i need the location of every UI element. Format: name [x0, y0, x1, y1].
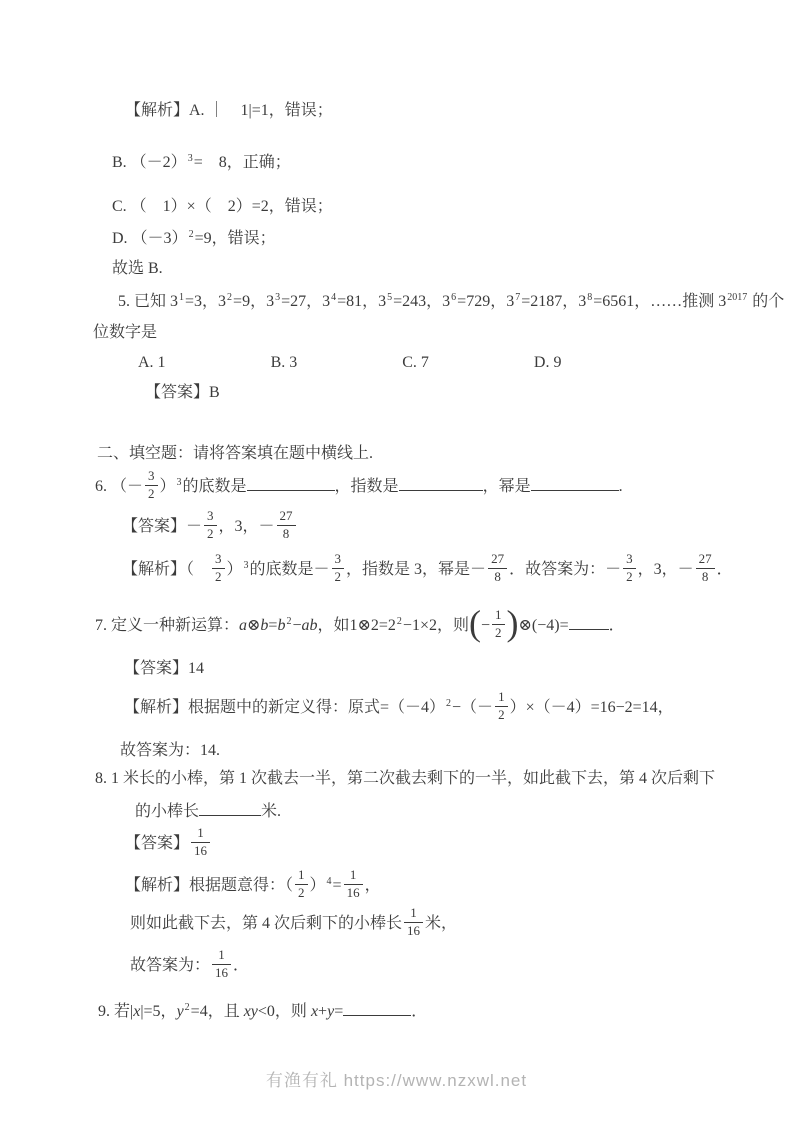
fraction-denominator: 2 [204, 526, 217, 542]
text-segment: ，指数是 3，幂是－ [346, 561, 486, 578]
question-6-analysis: 【解析】（ 32）3的底数是－32，指数是 3，幂是－278．故答案为：－32，… [122, 554, 733, 587]
text-segment: ⊗ [247, 617, 260, 634]
question-5-text-line1: 5. 已知 31=3，32=9，33=27，34=81，35=243，36=72… [118, 291, 784, 313]
text-segment: 【答案】－ [122, 518, 202, 535]
fraction-numerator: 27 [696, 552, 715, 569]
text-segment: A. 1 [138, 354, 166, 371]
text-segment: C. 7 [402, 354, 429, 371]
text-segment: = 8，正确； [194, 154, 291, 171]
text-segment: 5. 已知 3 [118, 293, 178, 310]
exponent: 6 [451, 292, 456, 303]
option-spacer [166, 366, 271, 367]
text-segment: ） [310, 877, 326, 894]
text-segment: C. （ 1）×（ 2）=2，错误； [112, 198, 333, 215]
option-spacer [429, 366, 534, 367]
text-segment: =3，3 [185, 293, 226, 310]
analysis-q4-option-b: B. （－2）3= 8，正确； [112, 152, 291, 174]
fraction: 278 [696, 552, 715, 585]
exponent: 2 [286, 616, 291, 627]
text-segment: =6561，……推测 3 [593, 293, 726, 310]
fraction: 12 [492, 608, 505, 641]
text-segment: ．故答案为：－ [509, 561, 621, 578]
fraction-numerator: 3 [623, 552, 636, 569]
text-segment: 位数字是 [93, 324, 157, 341]
text-segment: 【答案】B [145, 384, 220, 401]
question-5-answer: 【答案】B [145, 382, 220, 404]
text-segment: 米. [261, 803, 281, 820]
text-segment: −1×2，则 [403, 617, 469, 634]
text-segment: =27，3 [281, 293, 330, 310]
text-segment: 的底数是 [183, 478, 247, 495]
fraction: 32 [623, 552, 636, 585]
text-segment: 9. 若| [98, 1003, 133, 1020]
exponent: 8 [587, 292, 592, 303]
fraction-numerator: 3 [332, 552, 345, 569]
text-segment: B. 3 [271, 354, 298, 371]
question-7-conclusion: 故答案为：14. [120, 740, 220, 762]
fraction-denominator: 2 [495, 707, 508, 723]
fraction-numerator: 1 [212, 948, 231, 965]
text-segment: D. （－3） [112, 230, 188, 247]
text-segment: = [333, 877, 342, 894]
math-variable: x [311, 1003, 318, 1020]
fraction-numerator: 3 [145, 469, 158, 486]
exponent: 2 [446, 698, 451, 709]
text-segment: ⊗(−4)= [519, 617, 569, 634]
text-segment: 二、填空题：请将答案填在题中横线上. [97, 445, 373, 462]
exponent: 2 [227, 292, 232, 303]
fraction-denominator: 16 [212, 965, 231, 981]
question-7-analysis: 【解析】根据题中的新定义得：原式=（－4）2−（－12）×（－4）=16−2=1… [124, 692, 674, 725]
math-variable: y [177, 1003, 184, 1020]
text-segment: 【答案】 [125, 835, 189, 852]
question-6-answer: 【答案】－32，3，－278 [122, 511, 298, 544]
text-segment: . [619, 478, 623, 495]
fraction-numerator: 1 [404, 906, 423, 923]
fraction: 278 [488, 552, 507, 585]
exponent: 3 [177, 477, 182, 488]
fraction-numerator: 1 [344, 868, 363, 885]
text-segment: 则如此截下去，第 4 次后剩下的小棒长 [130, 915, 402, 932]
question-9-text: 9. 若|x|=5，y2=4，且 xy<0，则 x+y=． [98, 1000, 427, 1023]
page-footer-watermark: 有渔有礼 https://www.nzxwl.net [0, 1066, 793, 1091]
exponent: 3 [244, 560, 249, 571]
text-segment: <0，则 [258, 1003, 311, 1020]
text-segment: = [334, 1003, 343, 1020]
section-2-heading: 二、填空题：请将答案填在题中横线上. [97, 443, 373, 465]
answer-blank-underline [199, 800, 261, 816]
text-segment: =9，错误； [195, 230, 276, 247]
text-segment: + [318, 1003, 327, 1020]
question-6-text: 6. （－32）3的底数是，指数是，幂是. [95, 471, 623, 504]
question-5-text-line2: 位数字是 [93, 322, 157, 344]
fraction-denominator: 8 [488, 569, 507, 585]
fraction-numerator: 1 [191, 826, 210, 843]
fraction-numerator: 1 [295, 868, 308, 885]
text-segment: 【解析】A. ｜ 1|=1，错误； [125, 102, 333, 119]
text-segment: =81，3 [337, 293, 386, 310]
text-segment: |=5， [140, 1003, 176, 1020]
text-segment: ） [227, 561, 243, 578]
text-segment: ． [609, 617, 625, 634]
big-left-paren: ( [469, 603, 481, 643]
fraction: 12 [295, 868, 308, 901]
text-segment: ，3，－ [219, 518, 275, 535]
math-variable: b [277, 617, 285, 634]
exponent: 1 [179, 292, 184, 303]
fraction: 116 [344, 868, 363, 901]
exponent: 3 [188, 153, 193, 164]
answer-blank-underline [247, 475, 335, 491]
text-segment: 【解析】（ [122, 561, 210, 578]
text-segment: 【解析】根据题意得：（ [125, 877, 293, 894]
text-segment: 的底数是－ [250, 561, 330, 578]
text-segment: ）×（－4）=16−2=14， [510, 699, 674, 716]
fraction-denominator: 8 [696, 569, 715, 585]
fraction-numerator: 3 [204, 509, 217, 526]
fraction-numerator: 27 [488, 552, 507, 569]
question-7-answer: 【答案】14 [124, 658, 204, 680]
math-variable: ab [301, 617, 317, 634]
text-segment: − [481, 617, 490, 634]
fraction: 32 [212, 552, 225, 585]
fraction-denominator: 2 [332, 569, 345, 585]
text-segment: ． [411, 1003, 427, 1020]
big-right-paren: ) [507, 603, 519, 643]
text-segment: 故答案为： [130, 957, 210, 974]
text-segment: 7. 定义一种新运算： [95, 617, 239, 634]
text-segment: ． [717, 561, 733, 578]
exponent: 3 [275, 292, 280, 303]
fraction: 32 [332, 552, 345, 585]
exponent: 4 [331, 292, 336, 303]
text-segment: 【解析】根据题中的新定义得：原式=（－4） [124, 699, 445, 716]
fraction: 116 [404, 906, 423, 939]
question-8-analysis-line1: 【解析】根据题意得：（12）4=116， [125, 870, 381, 903]
text-segment: 故选 B. [112, 260, 163, 277]
question-8-conclusion: 故答案为：116． [130, 950, 249, 983]
exponent: 5 [387, 292, 392, 303]
fraction-numerator: 1 [492, 608, 505, 625]
answer-blank-underline [569, 614, 609, 630]
fraction-denominator: 2 [492, 625, 505, 641]
analysis-q4-option-d: D. （－3）2=9，错误； [112, 228, 276, 250]
text-segment: 【答案】14 [124, 660, 204, 677]
text-segment: =4，且 [191, 1003, 244, 1020]
fraction-denominator: 2 [623, 569, 636, 585]
fraction-denominator: 16 [344, 885, 363, 901]
text-segment: 的个 [748, 293, 784, 310]
text-segment: B. （－2） [112, 154, 187, 171]
question-8-text-line1: 8. 1 米长的小棒，第 1 次截去一半，第二次截去剩下的一半，如此截下去，第 … [95, 768, 715, 790]
fraction-denominator: 16 [404, 923, 423, 939]
text-segment: ） [160, 478, 176, 495]
text-segment: ，指数是 [335, 478, 399, 495]
text-segment: −（－ [452, 699, 493, 716]
question-5-options: A. 1B. 3C. 7D. 9 [138, 352, 561, 374]
question-8-analysis-line2: 则如此截下去，第 4 次后剩下的小棒长116米， [130, 908, 457, 941]
text-segment: 8. 1 米长的小棒，第 1 次截去一半，第二次截去剩下的一半，如此截下去，第 … [95, 770, 715, 787]
text-segment: ． [233, 957, 249, 974]
text-segment: 米， [425, 915, 457, 932]
exponent: 2 [185, 1002, 190, 1013]
analysis-q4-option-a: 【解析】A. ｜ 1|=1，错误； [125, 100, 333, 122]
fraction-denominator: 2 [145, 486, 158, 502]
fraction-denominator: 2 [212, 569, 225, 585]
fraction: 12 [495, 690, 508, 723]
exponent: 4 [327, 876, 332, 887]
exponent: 2 [189, 229, 194, 240]
text-segment: =2187，3 [521, 293, 586, 310]
answer-blank-underline [399, 475, 483, 491]
document-page: 【解析】A. ｜ 1|=1，错误； B. （－2）3= 8，正确； C. （ 1… [0, 0, 793, 1122]
exponent: 7 [515, 292, 520, 303]
fraction-denominator: 2 [295, 885, 308, 901]
option-spacer [297, 366, 402, 367]
text-segment: ，幂是 [483, 478, 531, 495]
text-segment: D. 9 [534, 354, 562, 371]
fraction-denominator: 16 [191, 843, 210, 859]
text-segment: ，如1⊗2=2 [317, 617, 395, 634]
analysis-q4-conclusion: 故选 B. [112, 258, 163, 280]
fraction-numerator: 3 [212, 552, 225, 569]
fraction: 32 [204, 509, 217, 542]
question-7-text: 7. 定义一种新运算：a⊗b=b2−ab，如1⊗2=22−1×2，则(−12)⊗… [95, 610, 625, 643]
question-8-text-line2: 的小棒长米. [135, 800, 281, 823]
text-segment: ， [365, 877, 381, 894]
fraction: 278 [277, 509, 296, 542]
exponent: 2017 [727, 292, 747, 303]
answer-blank-underline [531, 475, 619, 491]
exponent: 2 [397, 616, 402, 627]
fraction: 32 [145, 469, 158, 502]
text-segment: ，3，－ [638, 561, 694, 578]
fraction-numerator: 27 [277, 509, 296, 526]
text-segment: =729，3 [457, 293, 514, 310]
math-variable: xy [244, 1003, 258, 1020]
text-segment: =9，3 [233, 293, 274, 310]
analysis-q4-option-c: C. （ 1）×（ 2）=2，错误； [112, 196, 333, 218]
text-segment: 的小棒长 [135, 803, 199, 820]
fraction: 116 [212, 948, 231, 981]
fraction-numerator: 1 [495, 690, 508, 707]
answer-blank-underline [343, 1000, 411, 1016]
math-variable: a [239, 617, 247, 634]
fraction: 116 [191, 826, 210, 859]
fraction-denominator: 8 [277, 526, 296, 542]
text-segment: 6. （－ [95, 478, 143, 495]
text-segment: 故答案为：14. [120, 742, 220, 759]
question-8-answer: 【答案】116 [125, 828, 212, 861]
text-segment: =243，3 [393, 293, 450, 310]
